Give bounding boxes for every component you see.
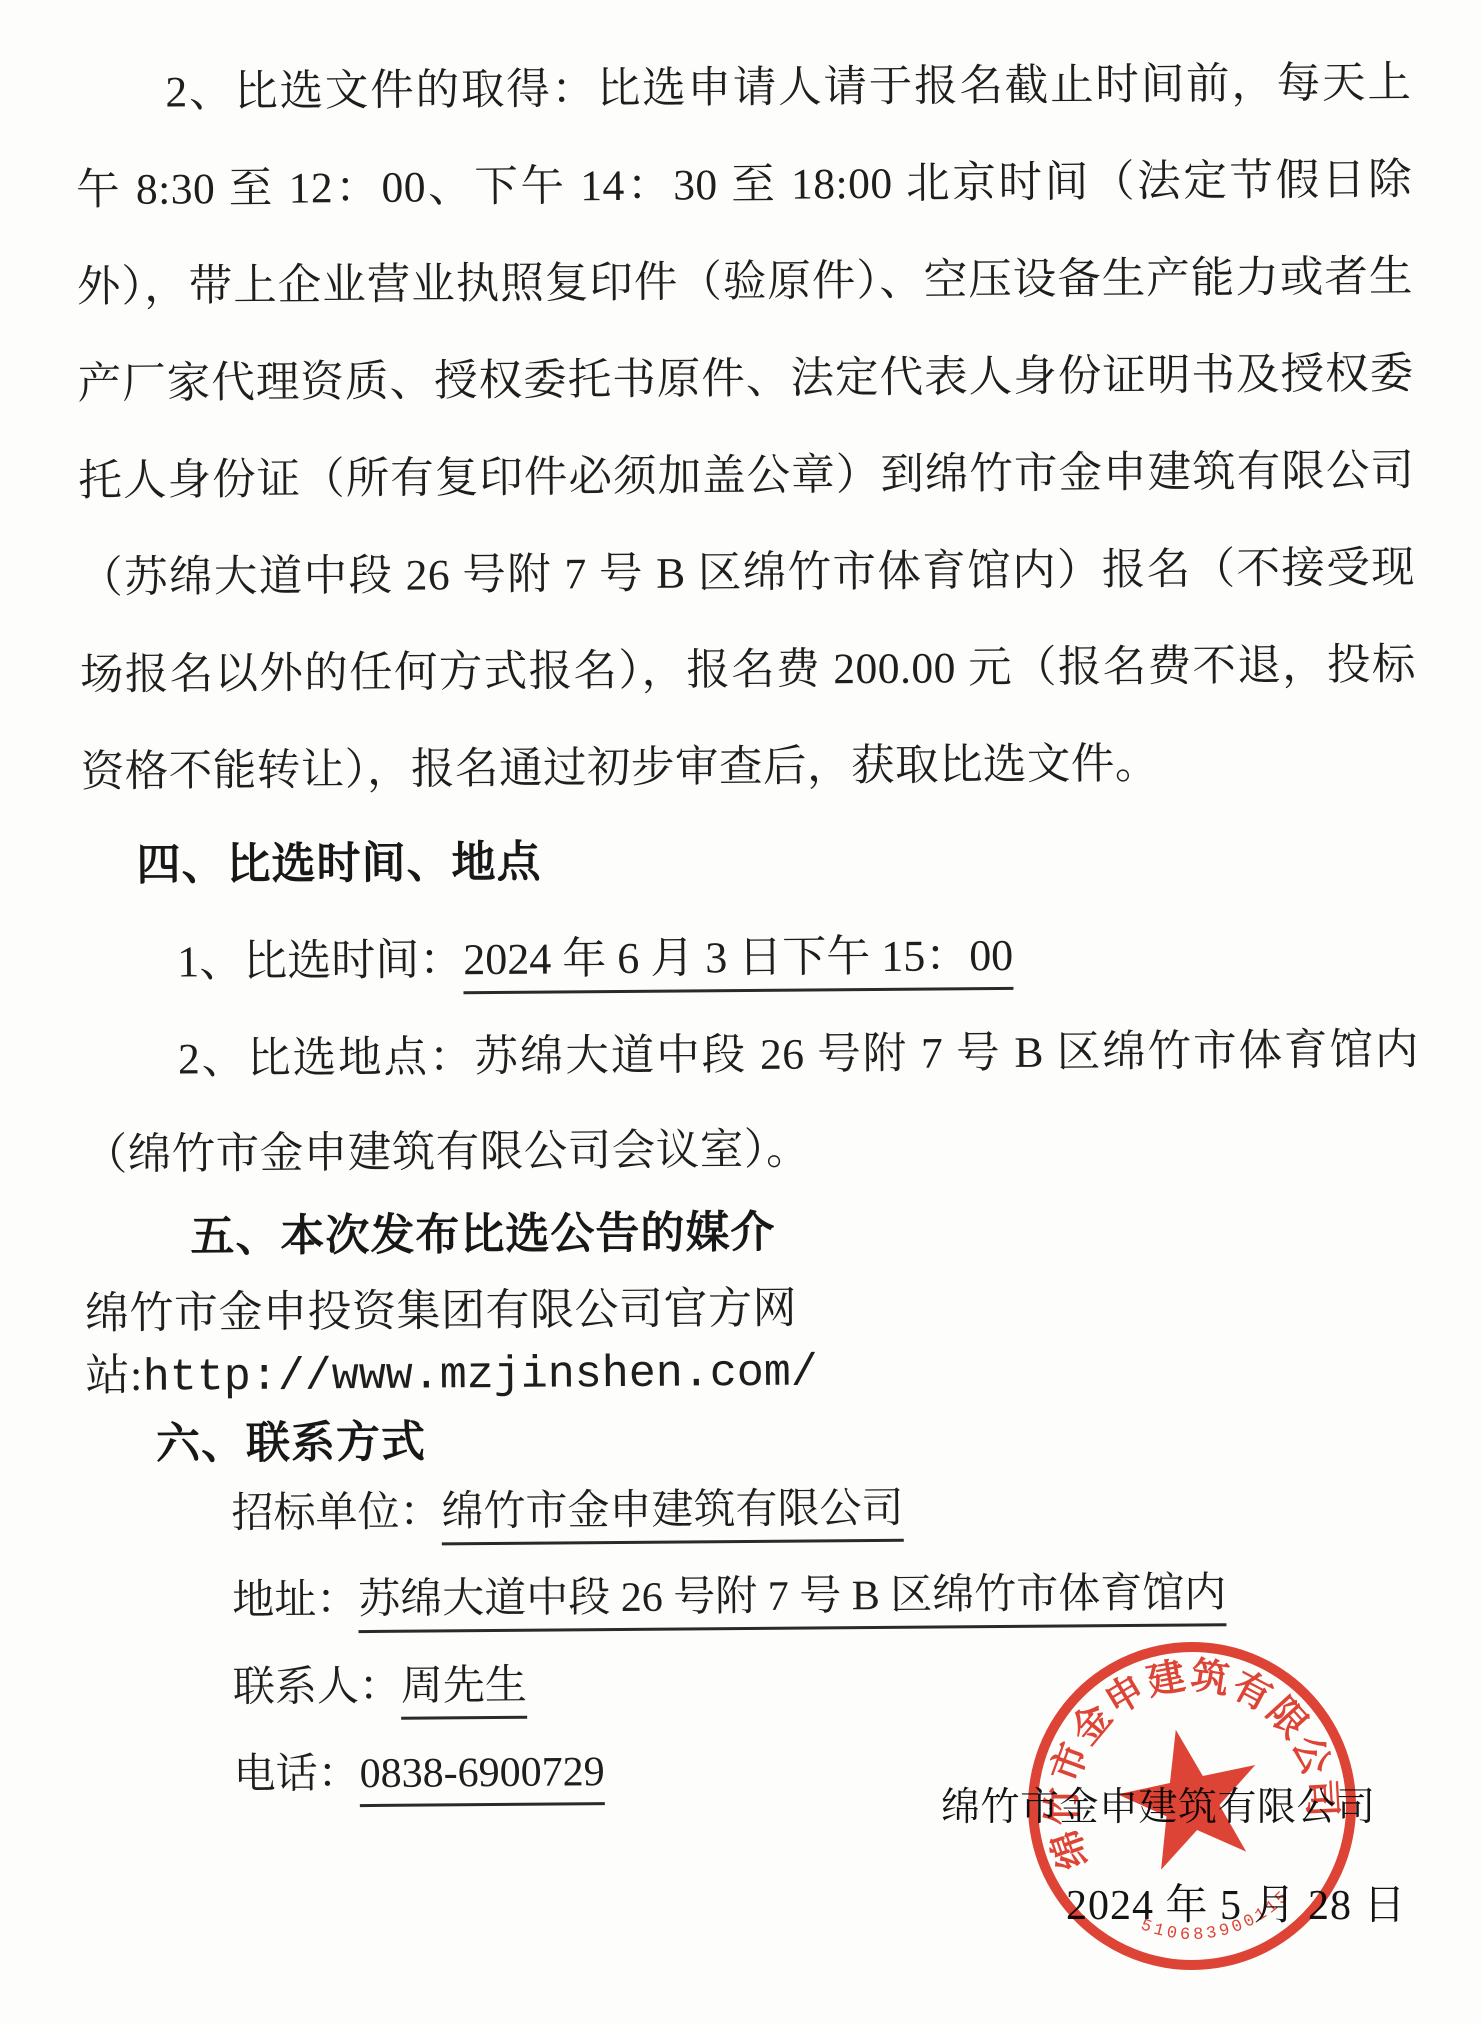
seal-star-icon: [1107, 1715, 1273, 1875]
media-website-url: http://www.mzjinshen.com/: [143, 1347, 819, 1403]
paragraph-file-obtain: 2、比选文件的取得：比选申请人请于报名截止时间前，每天上午 8:30 至 12：…: [75, 35, 1417, 821]
selection-time-label: 1、比选时间：: [177, 935, 463, 986]
contact-label: 招标单位：: [231, 1489, 441, 1537]
selection-time-value: 2024 年 6 月 3 日下午 15：00: [463, 931, 1013, 994]
item-selection-place: 2、比选地点：苏绵大道中段 26 号附 7 号 B 区绵竹市体育馆内（绵竹市金申…: [83, 1003, 1420, 1203]
document-text-block: 2、比选文件的取得：比选申请人请于报名截止时间前，每天上午 8:30 至 12：…: [75, 35, 1425, 1838]
contact-row-bid-unit: 招标单位：绵竹市金申建筑有限公司: [86, 1480, 1422, 1540]
contact-value: 0838-6900729: [359, 1749, 604, 1807]
seal-serial-number: 510683900115: [1134, 1884, 1300, 1959]
scanned-document-page: 2、比选文件的取得：比选申请人请于报名截止时间前，每天上午 8:30 至 12：…: [0, 0, 1481, 2025]
section-heading-time-place: 四、比选时间、地点: [136, 825, 1417, 897]
contact-value: 周先生: [401, 1663, 527, 1720]
svg-text:510683900115: 510683900115: [1134, 1884, 1300, 1959]
contact-row-address: 地址：苏绵大道中段 26 号附 7 号 B 区绵竹市体育馆内: [87, 1567, 1423, 1627]
contact-label: 联系人：: [233, 1664, 401, 1711]
section-heading-media: 五、本次发布比选公告的媒介: [190, 1197, 1420, 1269]
item-selection-time: 1、比选时间：2024 年 6 月 3 日下午 15：00: [82, 913, 1419, 1003]
company-seal: 绵竹市金申建筑有限公司 510683900115: [1020, 1634, 1365, 1979]
contact-value: 苏绵大道中段 26 号附 7 号 B 区绵竹市体育馆内: [358, 1570, 1226, 1633]
section-heading-contact: 六、联系方式: [156, 1404, 1422, 1476]
contact-value: 绵竹市金申建筑有限公司: [441, 1486, 903, 1546]
contact-label: 地址：: [232, 1577, 358, 1624]
contact-label: 电话：: [233, 1751, 359, 1798]
media-line: 绵竹市金申投资集团有限公司官方网站:http://www.mzjinshen.c…: [85, 1273, 1422, 1410]
